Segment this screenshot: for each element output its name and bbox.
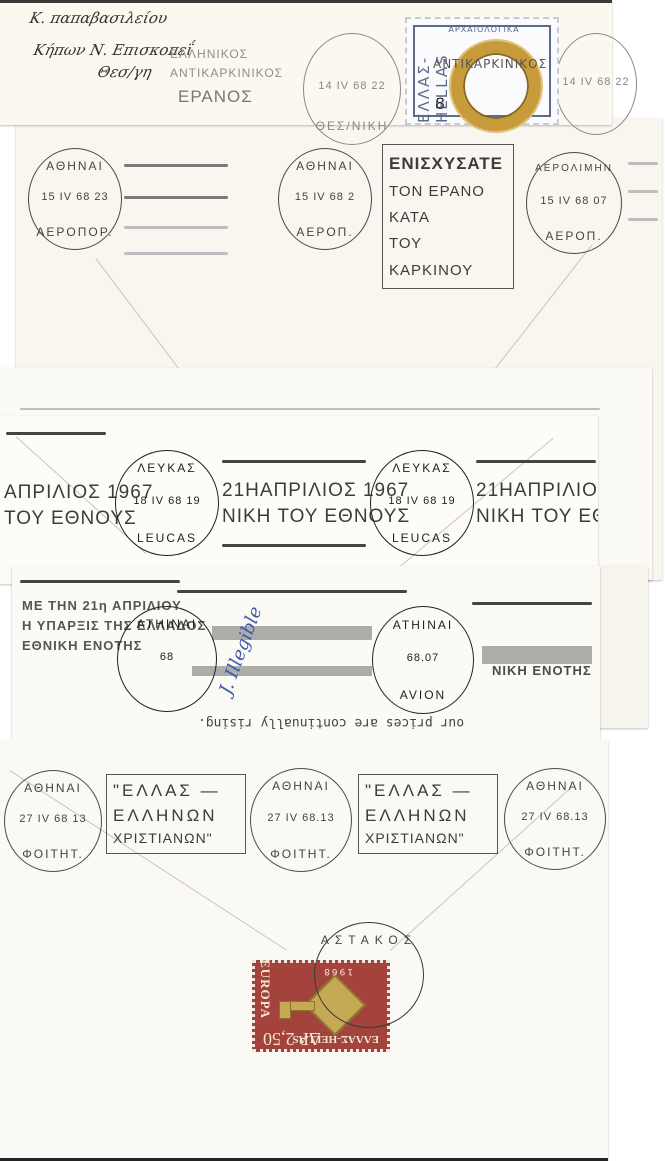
slogan-april-21: 21ΗΑΠΡΙΛΙΟΣ 19 ΝΙΚΗ ΤΟΥ ΕΘΝΟ (476, 478, 598, 529)
postmark-athens-students-3: ΑΘΗΝΑΙ 27 IV 68.13 ΦΟΙΤΗΤ. (504, 768, 606, 870)
postmark-date: 14 IV 68 22 (304, 80, 400, 92)
postmark-place: ΑΘΗΝΑΙ (29, 159, 121, 173)
postmark-date: 18 IV 68 19 (371, 495, 473, 507)
cancel-wavy-line (222, 544, 366, 547)
postmark-date: 68 (118, 651, 216, 663)
stamp-value: ΔΡ 2,50 (263, 1028, 321, 1049)
slogan-line: ΤΟΥ ΚΑΡΚΙΝΟΥ (389, 231, 507, 284)
postmark-place: ΑΘΗΝΑΙ (251, 779, 351, 793)
postmark-date: 27 IV 68.13 (251, 812, 351, 824)
slogan-line: ΧΡΙΣΤΙΑΝΩΝ" (113, 828, 239, 848)
cancel-wavy-line (472, 602, 592, 605)
stamp-country: ΕΛΛΑΣ-HELLAS (415, 39, 451, 123)
slogan-greece-of-christians: "ΕΛΛΑΣ — ΕΛΛΗΝΩΝ ΧΡΙΣΤΙΑΝΩΝ" (106, 774, 246, 854)
envelope-edge (598, 566, 648, 728)
postmark-bottom: ΦΟΙΤΗΤ. (505, 845, 605, 859)
envelope-lefkas: ΑΠΡΙΛΙΟΣ 1967 ΤΟΥ ΕΘΝΟΥΣ ΛΕΥΚΑΣ 18 IV 68… (0, 416, 598, 584)
overprint-line: ΑΝΤΙΚΑΡΚΙΝΙΚΟΣ (433, 57, 547, 71)
ink-smear (482, 646, 592, 664)
stamp-overprint: ΑΝΤΙΚΑΡΚΙΝΙΚΟΣ (433, 57, 547, 71)
slogan-greece-of-christians: "ΕΛΛΑΣ — ΕΛΛΗΝΩΝ ΧΡΙΣΤΙΑΝΩΝ" (358, 774, 498, 854)
cancel-wavy-line (476, 460, 596, 463)
postmark-bottom: ΑΕΡΟΠΟΡ. (29, 225, 121, 239)
slogan-line: "ΕΛΛΑΣ — (113, 779, 239, 804)
cancel-wavy-line (628, 190, 658, 193)
slogan-line: ΤΟΝ ΕΡΑΝΟ ΚΑΤΑ (389, 179, 507, 232)
address-line: Θεσ/γη (96, 63, 153, 81)
envelope-athens-europa: ΑΘΗΝΑΙ 27 IV 68 13 ΦΟΙΤΗΤ. "ΕΛΛΑΣ — ΕΛΛΗ… (0, 740, 608, 1161)
stamp-archaeological-wreath: ΑΡΧΑΙΟΛΟΓΙΚΑ ΕΛΛΑΣ-HELLAS ΑΝΤΙΚΑΡΚΙΝΙΚΟΣ… (405, 17, 559, 125)
postmark-airport: ΑΕΡΟΛΙΜΗΝ 15 IV 68 07 ΑΕΡΟΠ. (526, 152, 622, 254)
cancel-wavy-line (6, 432, 106, 435)
stamp-top-text: ΑΡΧΑΙΟΛΟΓΙΚΑ (419, 25, 549, 34)
postmark-athinai-1: ATHINAI 68 (117, 606, 217, 712)
cancel-wavy-line (20, 408, 600, 410)
slogan-line: ΝΙΚΗ ΕΝΟΤΗΣ (492, 664, 592, 679)
postmark-date: 14 IV 68 22 (556, 76, 636, 88)
postmark-bottom: ΦΟΙΤΗΤ. (251, 847, 351, 861)
postmark-thessaloniki: 14 IV 68 22 ΘΕΣ/ΝΙΚΗ (303, 33, 401, 145)
postmark-date: 15 IV 68 07 (527, 195, 621, 207)
postmark-place: ΑΘΗΝΑΙ (279, 159, 371, 173)
key-bit (279, 1001, 291, 1019)
slogan-line: ΑΝΤΙΚΑΡΚΙΝΙΚΟΣ (170, 64, 283, 83)
postmark-place: ΛΕΥΚΑΣ (371, 461, 473, 475)
postmark-athens-students-1: ΑΘΗΝΑΙ 27 IV 68 13 ΦΟΙΤΗΤ. (4, 770, 102, 872)
slogan-cancer-fund-partial: ΕΛΛΗΝΙΚΟΣ ΑΝΤΙΚΑΡΚΙΝΙΚΟΣ ΕΡΑΝΟΣ (170, 45, 283, 111)
postmark-date: 15 IV 68 2 (279, 191, 371, 203)
postmark-date: 15 IV 68 23 (29, 191, 121, 203)
cancel-wavy-line (222, 460, 366, 463)
cancel-wavy-line (124, 164, 228, 167)
address-line: Κ. παπαβασιλείου (28, 9, 169, 27)
postmark-date: 27 IV 68.13 (505, 811, 605, 823)
postmark-athens-1: ΑΘΗΝΑΙ 15 IV 68 23 ΑΕΡΟΠΟΡ. (28, 148, 122, 250)
postmark-place: ΑΘΗΝΑΙ (505, 779, 605, 793)
postmark-date: 27 IV 68 13 (5, 813, 101, 825)
stamp-value: 8 (435, 94, 445, 113)
typed-text-upside-down: our prices are continually rising. (198, 715, 464, 730)
wreath-icon (451, 41, 541, 131)
postmark-place: ΑΘΗΝΑΙ (5, 781, 101, 795)
postmark-place: ATHINAI (373, 618, 473, 632)
slogan-line: "ΕΛΛΑΣ — (365, 779, 491, 804)
postmark-place: ΑΣΤΑΚΟΣ (315, 933, 423, 947)
postmark-place: ΑΕΡΟΛΙΜΗΝ (527, 163, 621, 174)
postmark-astakos: ΑΣΤΑΚΟΣ (314, 922, 424, 1028)
slogan-unity: ΝΙΚΗ ΕΝΟΤΗΣ (492, 664, 592, 679)
cancel-wavy-line (124, 226, 228, 229)
slogan-line: ΕΡΑΝΟΣ (178, 83, 283, 110)
slogan-line: 21ΗΑΠΡΙΛΙΟΣ 19 (476, 478, 598, 504)
postmark-athens-2: ΑΘΗΝΑΙ 15 IV 68 2 ΑΕΡΟΠ. (278, 148, 372, 250)
postmark-bottom: AVION (373, 688, 473, 702)
slogan-line: ΧΡΙΣΤΙΑΝΩΝ" (365, 828, 491, 848)
slogan-line: ΝΙΚΗ ΤΟΥ ΕΘΝΟ (476, 504, 598, 530)
postmark-date: 18 IV 68 19 (116, 495, 218, 507)
postmark-bottom: LEUCAS (371, 531, 473, 545)
postmark-place: ΘΕΣ/ΝΙΚΗ (304, 119, 400, 133)
cancel-wavy-line (628, 162, 658, 165)
stamp-title: EUROPA (257, 959, 273, 1019)
postmark-bottom: LEUCAS (116, 531, 218, 545)
slogan-cancer-fund: ΕΝΙΣΧΥΣΑΤΕ ΤΟΝ ΕΡΑΝΟ ΚΑΤΑ ΤΟΥ ΚΑΡΚΙΝΟΥ (382, 144, 514, 289)
slogan-line: ΕΛΛΗΝΙΚΟΣ (170, 45, 283, 64)
postmark-bottom: ΑΕΡΟΠ. (527, 229, 621, 243)
postmark-thessaloniki-2: 14 IV 68 22 (555, 33, 637, 135)
cancel-wavy-line (628, 218, 658, 221)
postmark-place: ATHINAI (118, 617, 216, 631)
postmark-lefkas-2: ΛΕΥΚΑΣ 18 IV 68 19 LEUCAS (370, 450, 474, 556)
slogan-line: ΕΛΛΗΝΩΝ (113, 804, 239, 829)
slogan-line: ΕΝΙΣΧΥΣΑΤΕ (389, 149, 507, 179)
cancel-wavy-line (124, 252, 228, 255)
slogan-line: ΕΛΛΗΝΩΝ (365, 804, 491, 829)
postmark-bottom: ΑΕΡΟΠ. (279, 225, 371, 239)
postmark-bottom: ΦΟΙΤΗΤ. (5, 847, 101, 861)
postmark-athens-students-2: ΑΘΗΝΑΙ 27 IV 68.13 ΦΟΙΤΗΤ. (250, 768, 352, 872)
postmark-lefkas-1: ΛΕΥΚΑΣ 18 IV 68 19 LEUCAS (115, 450, 219, 556)
cancel-wavy-line (177, 590, 407, 593)
ink-smear (192, 666, 372, 676)
cancel-wavy-line (20, 580, 180, 583)
postmark-athinai-avion: ATHINAI 68.07 AVION (372, 606, 474, 714)
cancel-wavy-line (124, 196, 228, 199)
postmark-place: ΛΕΥΚΑΣ (116, 461, 218, 475)
postmark-date: 68.07 (373, 652, 473, 664)
envelope-thessaloniki: Κ. παπαβασιλείου Κήπων Ν. Επισκοπεΐ Θεσ/… (0, 0, 612, 125)
